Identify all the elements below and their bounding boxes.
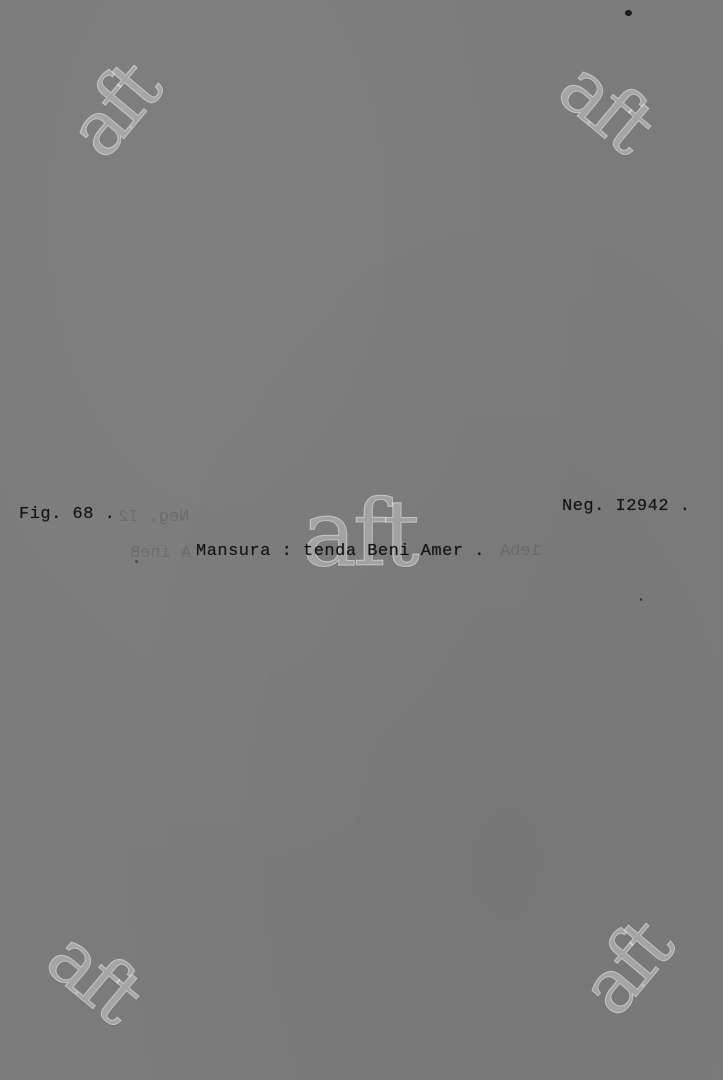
bleed-through-caption-end: 1ebA — [500, 542, 541, 561]
watermark-top-right: aft — [546, 47, 665, 164]
photo-caption: Mansura : tenda Beni Amer . — [196, 542, 485, 561]
ink-speck — [625, 10, 632, 16]
bleed-through-caption-start: A ineB — [130, 544, 191, 563]
watermark-bottom-right: aft — [567, 908, 684, 1027]
watermark-top-left: aft — [55, 50, 172, 169]
bleed-through-negative: Neg. I2 — [118, 508, 189, 527]
document-page: Neg. I2 A ineB 1ebA aft aft aft aft aft … — [0, 0, 723, 1080]
ink-speck — [640, 598, 642, 601]
negative-number: Neg. I2942 . — [562, 497, 690, 516]
watermark-bottom-left: aft — [34, 917, 153, 1034]
watermark-center: aft — [302, 488, 416, 580]
ink-speck — [135, 560, 138, 563]
figure-number: Fig. 68 . — [19, 505, 115, 524]
